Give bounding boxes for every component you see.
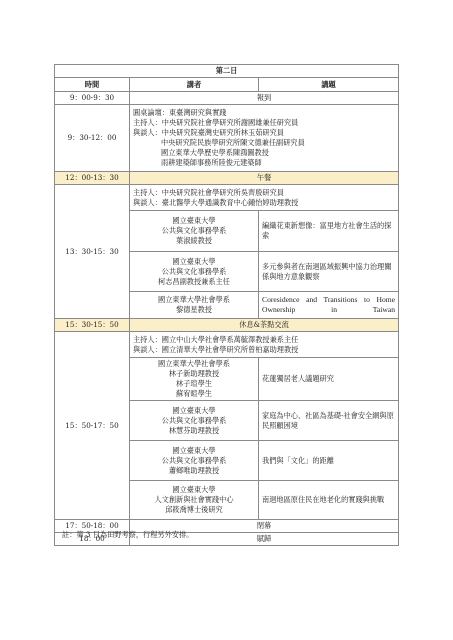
speaker-affiliation: 國立臺東大學 [133, 485, 255, 495]
topic-cell: Coresidence and Transitions to Home Owne… [259, 292, 399, 319]
speaker-name: 黎德星教授 [133, 305, 255, 315]
session-host: 主持人：中央研究院社會學研究所吳齊殷研究員 [133, 188, 395, 198]
forum-discussant: 中央研究院民族學研究所陳文德兼任副研究員 [133, 138, 395, 148]
registration-label: 報到 [130, 92, 399, 105]
topic-cell: 多元參與者在南迴區域振興中協力治理關係與地方意象觀察 [259, 252, 399, 292]
header-row: 時間 講者 講題 [55, 78, 399, 92]
speaker-cell: 國立臺東大學 公共與文化事務學系 林慧芬助理教授 [130, 401, 259, 441]
schedule-table: 第二日 時間 講者 講題 9：00-9：30 報到 9：30-12：00 圓桌論… [54, 64, 399, 546]
session1-moderators-row: 13：30-15：30 主持人：中央研究院社會學研究所吳齊殷研究員 與談人：臺北… [55, 185, 399, 211]
speaker-affiliation: 國立臺東大學 [133, 406, 255, 416]
time-cell: 13：30-15：30 [55, 185, 130, 319]
speaker-department: 公共與文化事務學系 [133, 416, 255, 426]
registration-row: 9：00-9：30 報到 [55, 92, 399, 105]
session1-moderators: 主持人：中央研究院社會學研究所吳齊殷研究員 與談人：臺北醫學大學通識教育中心鍾怡… [130, 185, 399, 211]
forum-discussant: 雨耕建築師事務所陸俊元建築師 [133, 158, 395, 168]
speaker-name: 林子瑄學生 [133, 379, 255, 389]
forum-discussant: 國立東華大學歷史學系陳鴻圖教授 [133, 148, 395, 158]
speaker-cell: 國立臺東大學 公共與文化事務學系 蕭鄉唯助理教授 [130, 441, 259, 481]
session-discussant: 與談人：國立清華大學社會學研究所曾柏嘉助理教授 [133, 345, 395, 355]
speaker-name: 蕭鄉唯助理教授 [133, 466, 255, 476]
speaker-cell: 國立臺東大學 公共與文化事務學系 柯志昌副教授兼系主任 [130, 252, 259, 292]
speaker-affiliation: 國立東華大學社會學系 [133, 295, 255, 305]
footnote: 註：第 3 日為田野考察，行程另外安排。 [62, 530, 193, 540]
session-discussant: 與談人：臺北醫學大學通識教育中心鍾怡婷助理教授 [133, 198, 395, 208]
lunch-row: 12：00-13：30 午餐 [55, 172, 399, 185]
speaker-name: 邱筱喬博士後研究 [133, 505, 255, 515]
speaker-cell: 國立東華大學社會學系 林子新助理教授 林子瑄學生 蘇宥暄學生 [130, 358, 259, 401]
speaker-affiliation: 國立臺東大學 [133, 216, 255, 226]
topic-cell: 家庭為中心、社區為基礎-社會安全網與原民照顧困境 [259, 401, 399, 441]
speaker-affiliation: 國立臺東大學 [133, 257, 255, 267]
speaker-affiliation: 國立臺東大學 [133, 446, 255, 456]
speaker-name: 葉淑綾教授 [133, 236, 255, 246]
speaker-affiliation: 國立東華大學社會學系 [133, 359, 255, 369]
morning-forum-row: 9：30-12：00 圓桌論壇：東臺灣研究與實踐 主持人：中央研究院社會學研究所… [55, 105, 399, 172]
time-cell: 12：00-13：30 [55, 172, 130, 185]
header-speaker: 講者 [130, 78, 259, 92]
speaker-name: 柯志昌副教授兼系主任 [133, 277, 255, 287]
speaker-department: 人文創新與社會實踐中心 [133, 495, 255, 505]
speaker-cell: 國立臺東大學 公共與文化事務學系 葉淑綾教授 [130, 211, 259, 252]
header-topic: 講題 [259, 78, 399, 92]
topic-cell: 南迴地區原住民在地老化的實踐與挑戰 [259, 481, 399, 520]
speaker-cell: 國立臺東大學 人文創新與社會實踐中心 邱筱喬博士後研究 [130, 481, 259, 520]
topic-cell: 花蓮獨居老人議題研究 [259, 358, 399, 401]
speaker-name: 蘇宥暄學生 [133, 389, 255, 399]
time-cell: 15：30-15：50 [55, 319, 130, 332]
session2-moderators: 主持人：國立中山大學社會學系萬毓澤教授兼系主任 與談人：國立清華大學社會學研究所… [130, 332, 399, 358]
break-label: 休息&茶點交流 [130, 319, 399, 332]
speaker-name: 林慧芬助理教授 [133, 426, 255, 436]
time-cell: 9：30-12：00 [55, 105, 130, 172]
document-page: 第二日 時間 講者 講題 9：00-9：30 報到 9：30-12：00 圓桌論… [0, 0, 453, 640]
forum-discussant: 與談人：中央研究院臺灣史研究所林玉茹研究員 [133, 128, 395, 138]
time-cell: 15：50-17：50 [55, 332, 130, 520]
topic-cell: 編織花東新想像：富里地方社會生活的探索 [259, 211, 399, 252]
day-title: 第二日 [55, 65, 399, 78]
speaker-name: 林子新助理教授 [133, 369, 255, 379]
header-time: 時間 [55, 78, 130, 92]
speaker-department: 公共與文化事務學系 [133, 456, 255, 466]
speaker-cell: 國立東華大學社會學系 黎德星教授 [130, 292, 259, 319]
speaker-department: 公共與文化事務學系 [133, 226, 255, 236]
speaker-department: 公共與文化事務學系 [133, 267, 255, 277]
lunch-label: 午餐 [130, 172, 399, 185]
day-title-row: 第二日 [55, 65, 399, 78]
break-row: 15：30-15：50 休息&茶點交流 [55, 319, 399, 332]
topic-cell: 我們與「文化」的距離 [259, 441, 399, 481]
session-host: 主持人：國立中山大學社會學系萬毓澤教授兼系主任 [133, 335, 395, 345]
time-cell: 9：00-9：30 [55, 92, 130, 105]
forum-details: 圓桌論壇：東臺灣研究與實踐 主持人：中央研究院社會學研究所謝國雄兼任研究員 與談… [130, 105, 399, 172]
forum-title: 圓桌論壇：東臺灣研究與實踐 [133, 108, 395, 118]
session2-moderators-row: 15：50-17：50 主持人：國立中山大學社會學系萬毓澤教授兼系主任 與談人：… [55, 332, 399, 358]
forum-host: 主持人：中央研究院社會學研究所謝國雄兼任研究員 [133, 118, 395, 128]
